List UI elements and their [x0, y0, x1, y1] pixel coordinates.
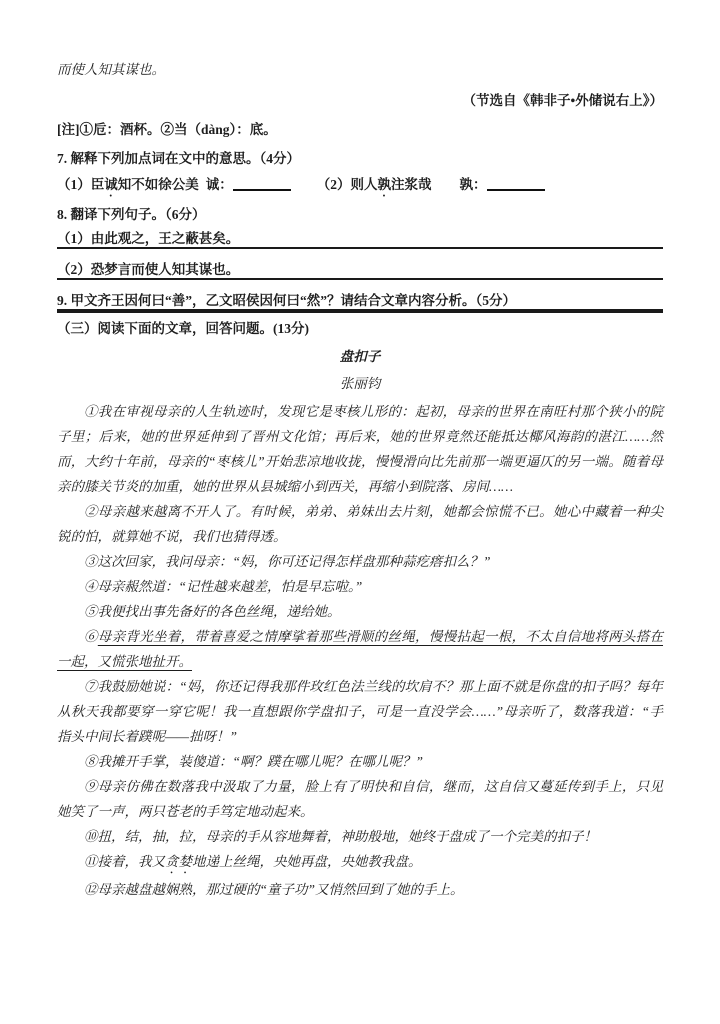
question-8-item-2: （2）恐梦言而使人知其谋也。 — [57, 262, 663, 278]
question-9-stem: 9. 甲文齐王因何曰“善”，乙文昭侯因何曰“然”？请结合文章内容分析。（5分） — [57, 293, 663, 309]
closing-line: 而使人知其谋也。 — [57, 62, 663, 78]
question-7-stem: 7. 解释下列加点词在文中的意思。（4分） — [57, 151, 663, 167]
essay-paragraph-1: ①我在审视母亲的人生轨迹时，发现它是枣核儿形的：起初，母亲的世界在南旺村那个狭小… — [57, 399, 663, 499]
essay-paragraph-10: ⑩扭，结，抽，拉，母亲的手从容地舞着，神助般地，她终于盘成了一个完美的扣子！ — [57, 824, 663, 849]
essay-paragraph-4: ④母亲赧然道：“记性越来越差，怕是早忘啦。” — [57, 574, 663, 599]
section-3-heading: （三）阅读下面的文章，回答问题。(13分) — [57, 321, 663, 337]
essay-paragraph-7: ⑦我鼓励她说：“妈，你还记得我那件玫红色法兰线的坎肩不？那上面不就是你盘的扣子吗… — [57, 674, 663, 749]
answer-line — [57, 311, 663, 313]
essay-body: ①我在审视母亲的人生轨迹时，发现它是枣核儿形的：起初，母亲的世界在南旺村那个狭小… — [57, 399, 663, 902]
essay-paragraph-9: ⑨母亲仿佛在数落我中汲取了力量，脸上有了明快和自信，继而，这自信又蔓延传到手上，… — [57, 774, 663, 824]
dotted-word: 贪婪 — [165, 854, 192, 869]
annotation-note: [注]①卮：酒杯。②当（dàng）：底。 — [57, 122, 663, 138]
essay-paragraph-5: ⑤我便找出事先备好的各色丝绳，递给她。 — [57, 599, 663, 624]
dotted-word: 孰 — [378, 177, 392, 192]
essay-paragraph-6-underlined: ⑥母亲背光坐着，带着喜爱之情摩挲着那些滑顺的丝绳，慢慢拈起一根，不太自信地将两头… — [57, 624, 663, 674]
q7-item-1: （1）臣诚知不如徐公美诚： — [57, 177, 291, 192]
exam-page: 而使人知其谋也。 （节选自《韩非子•外储说右上》） [注]①卮：酒杯。②当（dà… — [0, 0, 720, 1024]
essay-paragraph-8: ⑧我摊开手掌，装傻道：“啊？蹼在哪儿呢？在哪儿呢？” — [57, 749, 663, 774]
essay-paragraph-2: ②母亲越来越离不开人了。有时候，弟弟、弟妹出去片刻，她都会惊慌不已。她心中藏着一… — [57, 499, 663, 549]
answer-line — [57, 247, 663, 249]
question-8-item-1: （1）由此观之，王之蔽甚矣。 — [57, 231, 663, 247]
essay-title: 盘扣子 — [57, 349, 663, 365]
essay-paragraph-11: ⑪接着，我又贪婪地递上丝绳，央她再盘，央她教我盘。 — [57, 849, 663, 877]
essay-paragraph-3: ③这次回家，我问母亲：“妈，你可还记得怎样盘那种蒜疙瘩扣么？” — [57, 549, 663, 574]
underlined-sentence: 母亲背光坐着，带着喜爱之情摩挲着那些滑顺的丝绳，慢慢拈起一根，不太自信地将两头搭… — [57, 629, 663, 669]
question-8-stem: 8. 翻译下列句子。（6分） — [57, 207, 663, 223]
essay-author: 张丽钧 — [57, 376, 663, 392]
q7-item-2: （2）则人孰注浆哉孰： — [317, 177, 545, 192]
paragraph-number: ⑥ — [84, 629, 98, 644]
q7-answer-label-2: 孰： — [460, 177, 487, 192]
question-7-items: （1）臣诚知不如徐公美诚：（2）则人孰注浆哉孰： — [57, 175, 663, 200]
answer-blank — [233, 175, 291, 191]
source-attribution: （节选自《韩非子•外储说右上》） — [57, 93, 663, 109]
dotted-word: 诚 — [104, 177, 118, 192]
answer-line — [57, 278, 663, 280]
answer-blank — [487, 175, 545, 191]
q7-answer-label-1: 诚： — [206, 177, 233, 192]
essay-paragraph-12: ⑫母亲越盘越娴熟，那过硬的“童子功”又悄然回到了她的手上。 — [57, 877, 663, 902]
